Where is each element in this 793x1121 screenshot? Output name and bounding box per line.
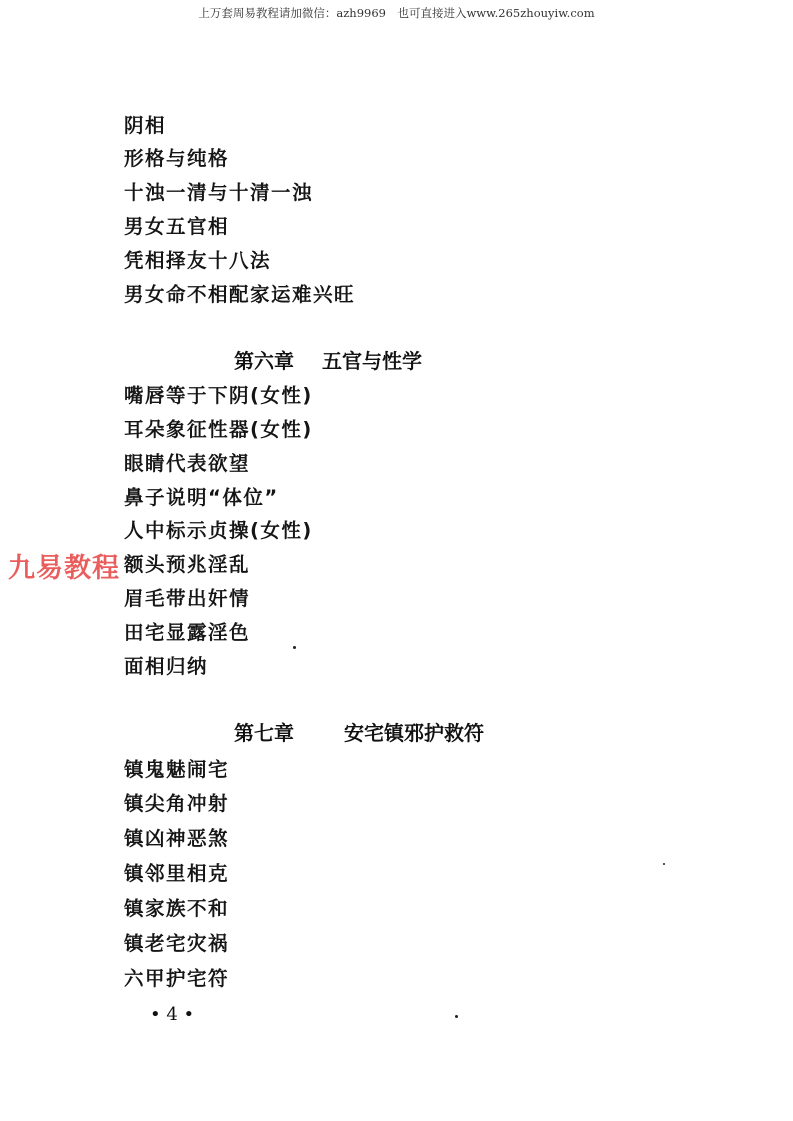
toc-item: 阴相 <box>124 113 166 139</box>
toc-item: 十浊一清与十清一浊 <box>124 180 313 206</box>
toc-item: 镇尖角冲射 <box>124 791 229 817</box>
toc-item: 田宅显露淫色 <box>124 620 250 646</box>
toc-item: 男女命不相配家运难兴旺 <box>124 282 355 308</box>
toc-item: 人中标示贞操(女性) <box>124 518 313 544</box>
chapter-number: 第六章 <box>234 348 294 374</box>
scan-speck <box>663 863 665 865</box>
toc-item: 镇凶神恶煞 <box>124 826 229 852</box>
toc-item: 镇鬼魅闹宅 <box>124 757 229 783</box>
toc-item: 耳朵象征性器(女性) <box>124 417 313 443</box>
toc-item: 六甲护宅符 <box>124 966 229 992</box>
toc-item: 镇家族不和 <box>124 896 229 922</box>
chapter-number: 第七章 <box>234 720 294 746</box>
toc-item: 凭相择友十八法 <box>124 248 271 274</box>
header-banner: 上万套周易教程请加微信：azh9969 也可直接进入www.265zhouyiw… <box>0 5 793 21</box>
toc-item: 形格与纯格 <box>124 146 229 172</box>
toc-item: 镇老宅灾祸 <box>124 931 229 957</box>
page-number: • 4 • <box>150 1004 194 1025</box>
toc-item: 镇邻里相克 <box>124 861 229 887</box>
toc-item: 面相归纳 <box>124 654 208 680</box>
toc-item: 眼睛代表欲望 <box>124 451 250 477</box>
scan-speck <box>293 646 296 649</box>
chapter-title: 五官与性学 <box>322 348 422 374</box>
watermark-logo: 九易教程 <box>8 546 120 585</box>
toc-item: 眉毛带出奸情 <box>124 586 250 612</box>
toc-item: 嘴唇等于下阴(女性) <box>124 383 313 409</box>
chapter-title: 安宅镇邪护救符 <box>344 720 484 746</box>
toc-item: 男女五官相 <box>124 214 229 240</box>
scan-speck <box>455 1015 458 1018</box>
toc-item: 鼻子说明“体位” <box>124 485 279 511</box>
toc-item: 额头预兆淫乱 <box>124 552 250 578</box>
